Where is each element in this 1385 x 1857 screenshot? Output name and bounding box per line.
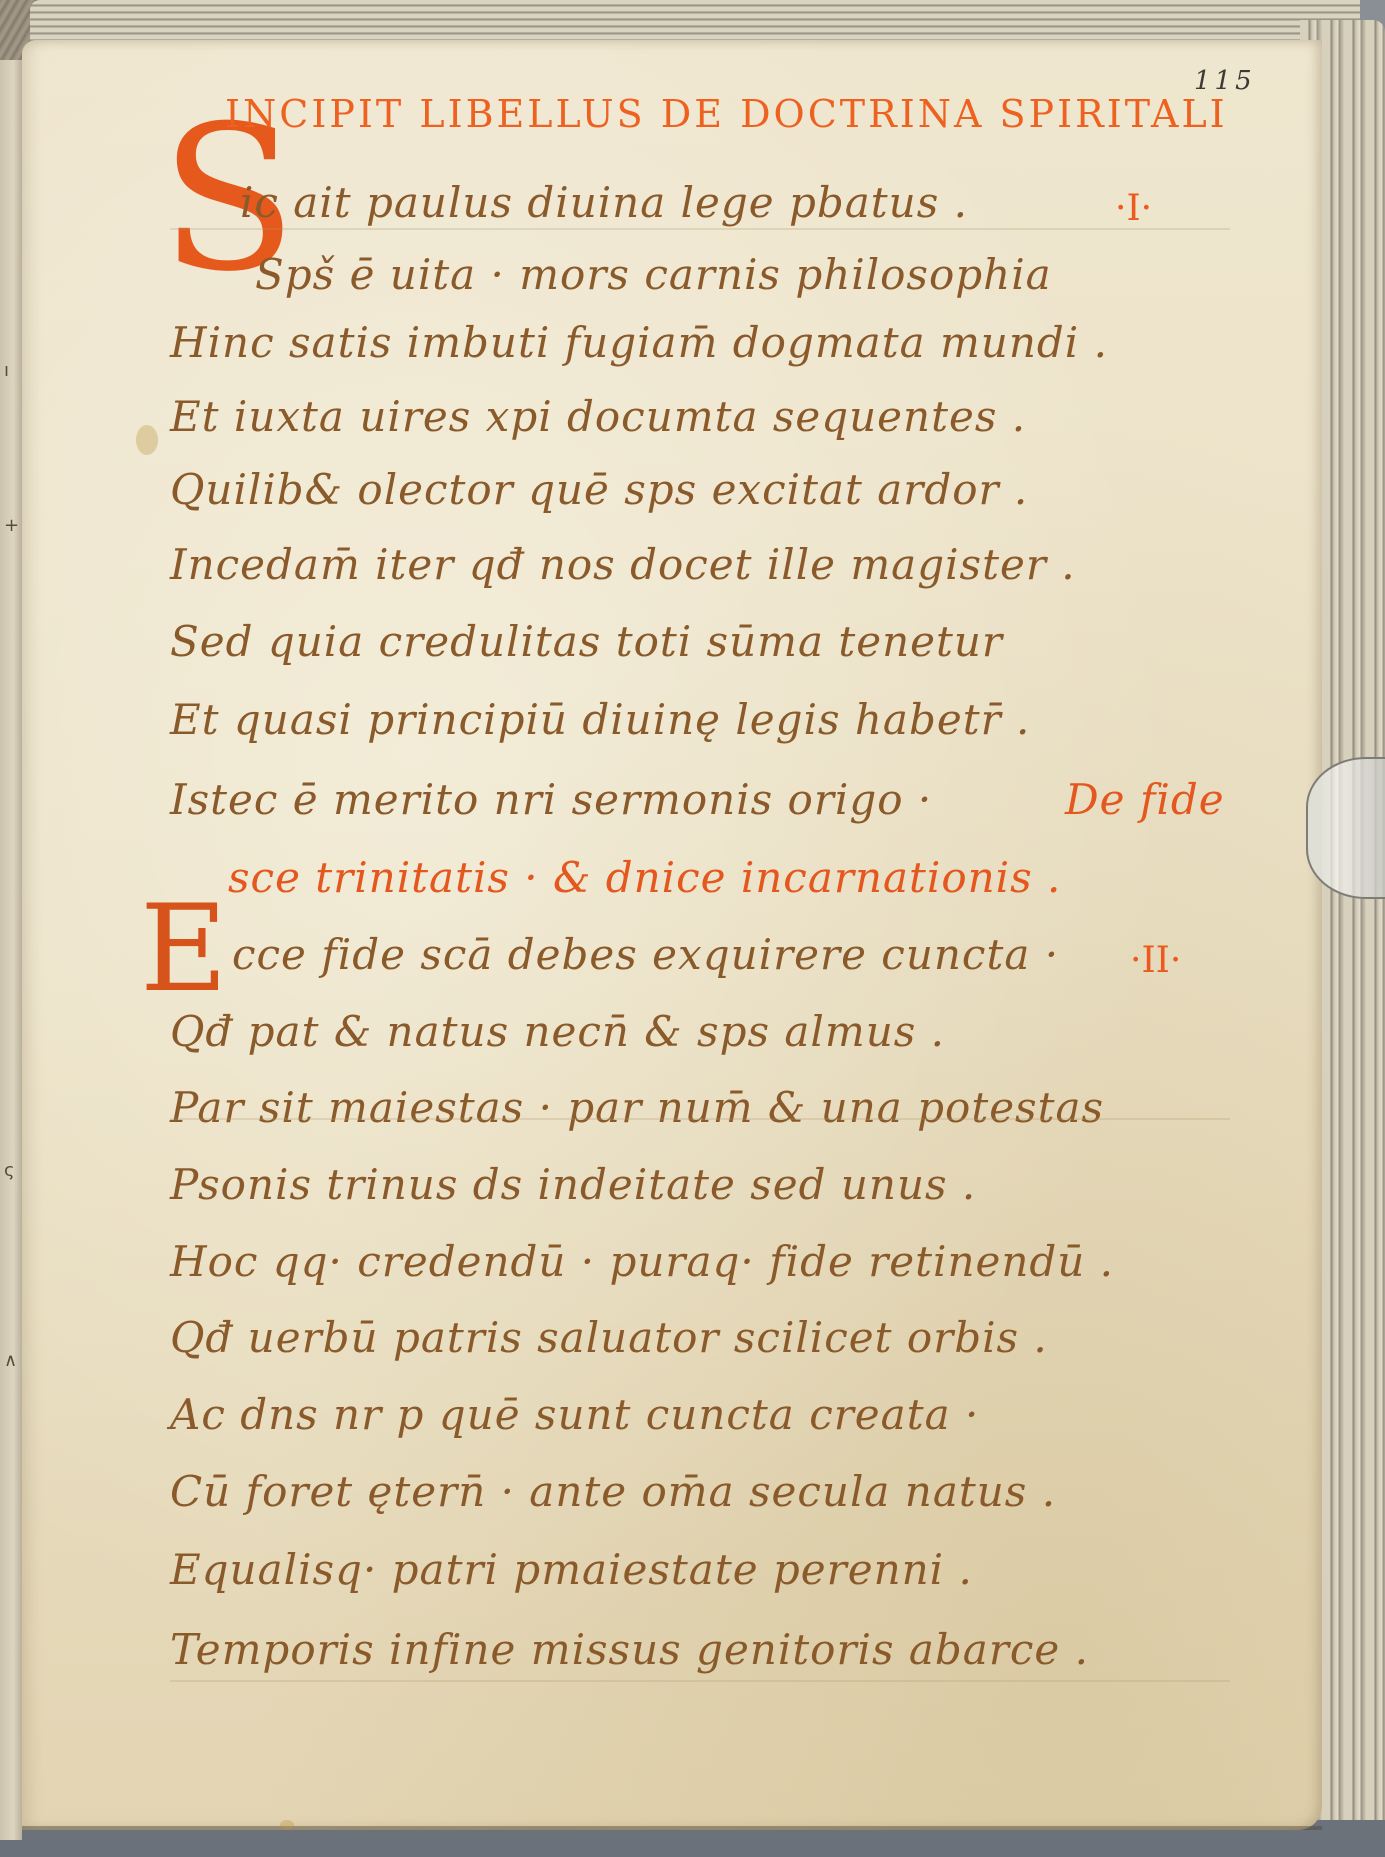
decorated-initial-e: E bbox=[140, 890, 228, 1010]
ruling-line bbox=[170, 228, 1230, 230]
text-line-16: Ac dns nr p quē sunt cuncta creata · bbox=[170, 1390, 979, 1439]
text-line-12: Par sit maiestas · par num̄ & una potest… bbox=[170, 1083, 1104, 1132]
text-block: S Incipit libellus de doctrina spiritali… bbox=[0, 0, 1385, 1857]
ruling-line bbox=[170, 1118, 1230, 1120]
text-line-9: Istec ē merito nri sermonis origo · bbox=[170, 775, 932, 824]
text-line-15: Qđ uerbū patris saluator scilicet orbis … bbox=[170, 1313, 1048, 1362]
text-line-4: Et iuxta uires xpi documta sequentes . bbox=[170, 392, 1026, 441]
rubric-title: Incipit libellus de doctrina spiritali bbox=[225, 92, 1228, 136]
text-line-2: Spš ē uita · mors carnis philosophia bbox=[255, 250, 1052, 299]
text-line-6: Incedam̄ iter qđ nos docet ille magister… bbox=[170, 540, 1076, 589]
text-line-3: Hinc satis imbuti fugiam̄ dogmata mundi … bbox=[170, 318, 1108, 367]
text-line-10: cce fide scā debes exquirere cuncta · bbox=[232, 930, 1059, 979]
text-line-11: Qđ pat & natus necn̄ & sps almus . bbox=[170, 1007, 945, 1056]
verse-number-2: ·II· bbox=[1130, 940, 1181, 981]
text-line-17: Cū foret ętern̄ · ante om̄a secula natus… bbox=[170, 1467, 1056, 1516]
text-line-1: ic ait paulus diuina lege pbatus . bbox=[240, 178, 968, 227]
verse-number-1: ·I· bbox=[1115, 188, 1152, 229]
text-line-19: Temporis infine missus genitoris abarce … bbox=[170, 1625, 1089, 1674]
text-line-8: Et quasi principiū diuinę legis habetr̄ … bbox=[170, 695, 1030, 744]
text-line-13: Psonis trinus ds indeitate sed unus . bbox=[170, 1160, 976, 1209]
section-heading-part2: sce trinitatis · & dnice incarnationis . bbox=[228, 853, 1061, 902]
text-line-14: Hoc qq· credendū · puraq· fide retinendū… bbox=[170, 1237, 1114, 1286]
ruling-line bbox=[170, 1680, 1230, 1682]
text-line-18: Equalisq· patri pmaiestate perenni . bbox=[170, 1545, 973, 1594]
text-line-5: Quilib& olector quē sps excitat ardor . bbox=[170, 465, 1028, 514]
text-line-7: Sed quia credulitas toti sūma tenetur bbox=[170, 617, 1003, 666]
section-heading-part1: De fide bbox=[1065, 775, 1225, 824]
